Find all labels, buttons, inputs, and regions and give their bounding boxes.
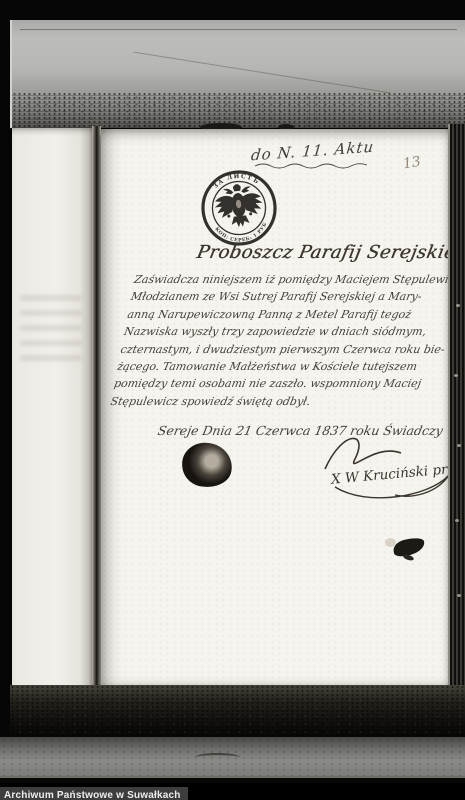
speckle-texture: [12, 92, 465, 128]
watermark-bar: Archiwum Państwowe w Suwałkach: [0, 783, 465, 800]
bleed-through-line: [20, 355, 82, 361]
edge-fleck: [456, 304, 460, 307]
edge-fleck: [454, 374, 458, 377]
archive-watermark-label: Archiwum Państwowe w Suwałkach: [0, 787, 188, 800]
book-fore-edge: [448, 124, 465, 696]
body-line: Młodzianem ze Wsi Sutrej Parafij Serejsk…: [129, 288, 438, 305]
bleed-through-line: [20, 295, 82, 301]
body-line: Stępulewicz spowiedź świętą odbył.: [109, 393, 418, 410]
ink-blot: [179, 440, 235, 491]
scratch-line: [134, 52, 391, 94]
ink-smudge: [402, 553, 414, 561]
body-line: Zaświadcza niniejszem iż pomiędzy Maciej…: [133, 271, 442, 288]
bleed-through-line: [20, 340, 82, 346]
signature-flourish: [325, 438, 401, 469]
edge-fleck: [455, 519, 459, 522]
scratch-mark: [195, 753, 240, 762]
bleed-through-line: [20, 325, 82, 331]
body-line: pomiędzy temi osobami nie zaszło. wspomn…: [112, 375, 421, 392]
body-line: żącego. Tamowanie Małżeństwa w Kościele …: [116, 358, 425, 375]
speckle-texture: [10, 685, 465, 737]
edge-fleck: [457, 444, 461, 447]
document-page: do N. 11. Aktu 13 ЗА ЛИСТЪ КОП: СЕРЕБ: 1…: [101, 129, 448, 689]
page-number: 13: [402, 154, 422, 173]
signature-text: X W Kruciński prob.: [330, 460, 453, 488]
body-line: czternastym, i dwudziestym pierwszym Cze…: [119, 341, 428, 358]
edge-fleck: [457, 594, 461, 597]
body-line: Nazwiska wyszły trzy zapowiedzie w dniac…: [122, 323, 431, 340]
page-gutter: [92, 126, 101, 696]
scratch-line: [20, 29, 457, 30]
left-page-edge: [12, 128, 92, 694]
table-edge-line: [0, 776, 465, 778]
scanned-document-viewer: do N. 11. Aktu 13 ЗА ЛИСТЪ КОП: СЕРЕБ: 1…: [0, 0, 465, 800]
bleed-through-line: [20, 310, 82, 316]
book-bottom-edge: [0, 737, 465, 776]
document-title: Proboszcz Parafij Serejskiej: [195, 242, 463, 263]
book-top-edge: [10, 20, 465, 128]
body-line: anną Narupewiczowną Panną z Metel Parafi…: [126, 306, 435, 323]
imperial-eagle-stamp: ЗА ЛИСТЪ КОП: СЕРЕБ: 1 РУБ: [196, 165, 282, 251]
document-body: Zaświadcza niniejszem iż pomiędzy Maciej…: [109, 271, 442, 410]
priest-signature: X W Kruciński prob.: [317, 435, 453, 507]
book-bottom-shadow: [10, 685, 465, 737]
